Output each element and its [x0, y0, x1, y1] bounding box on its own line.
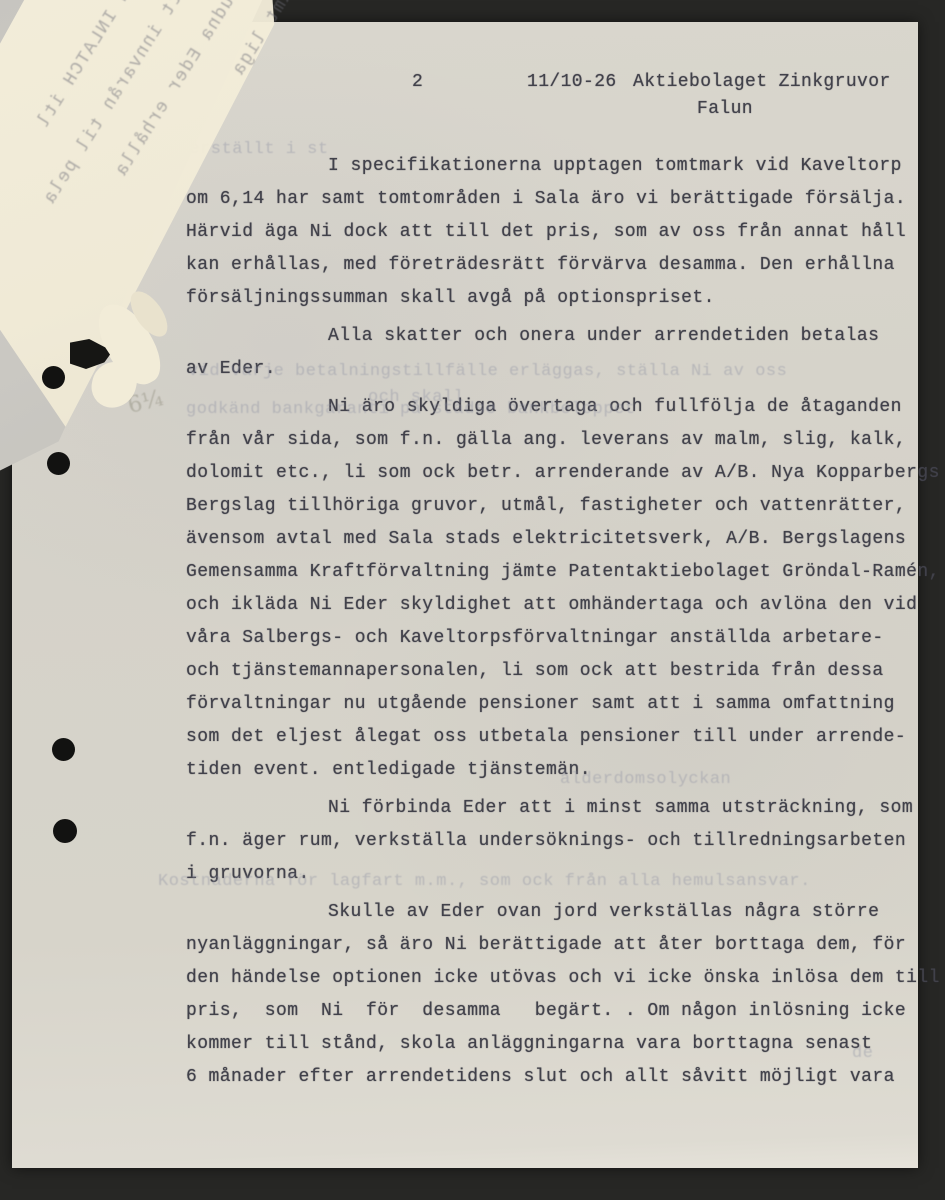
ghost-line: de [852, 1044, 873, 1063]
punch-hole [42, 366, 65, 389]
text-line: förvaltningar nu utgående pensioner samt… [186, 688, 928, 721]
punch-hole [52, 738, 75, 761]
punch-hole [53, 819, 77, 843]
text-line: kommer till stånd, skola anläggningarna … [186, 1028, 928, 1061]
text-line: som det eljest ålegat oss utbetala pensi… [186, 721, 928, 754]
text-line: Skulle av Eder ovan jord verkställas någ… [186, 896, 928, 929]
ghost-line: ålderdomsolyckan [560, 770, 731, 789]
ghost-line: Kostnaderna för lagfart m.m., som ock fr… [158, 872, 811, 891]
text-line: ävensom avtal med Sala stads elektricite… [186, 523, 928, 556]
punch-hole [47, 452, 70, 475]
text-line: nyanläggningar, så äro Ni berättigade at… [186, 929, 928, 962]
text-line: och tjänstemannapersonalen, li som ock a… [186, 655, 928, 688]
text-line: f.n. äger rum, verkställa undersöknings-… [186, 825, 928, 858]
text-line: Gemensamma Kraftförvaltning jämte Patent… [186, 556, 928, 589]
text-line: pris, som Ni för desamma begärt. . Om nå… [186, 995, 928, 1028]
corner-paper-collage: för hela JJernvägen INLATCH itlovansett … [0, 0, 345, 485]
text-line: och ikläda Ni Eder skyldighet att omhänd… [186, 589, 928, 622]
company-city: Falun [697, 99, 753, 119]
company-name: Aktiebolaget Zinkgruvor [633, 72, 891, 92]
scanned-document: 2 11/10-26 Aktiebolaget Zinkgruvor Falun… [0, 0, 945, 1200]
text-line: 6 månader efter arrendetidens slut och a… [186, 1061, 928, 1094]
text-line: Bergslag tillhöriga gruvor, utmål, fasti… [186, 490, 928, 523]
document-date: 11/10-26 [527, 72, 617, 92]
text-line: tiden event. entledigade tjänstemän. [186, 754, 928, 787]
text-line: våra Salbergs- och Kaveltorpsförvaltning… [186, 622, 928, 655]
text-line: Ni förbinda Eder att i minst samma utstr… [186, 792, 928, 825]
text-line: den händelse optionen icke utövas och vi… [186, 962, 928, 995]
